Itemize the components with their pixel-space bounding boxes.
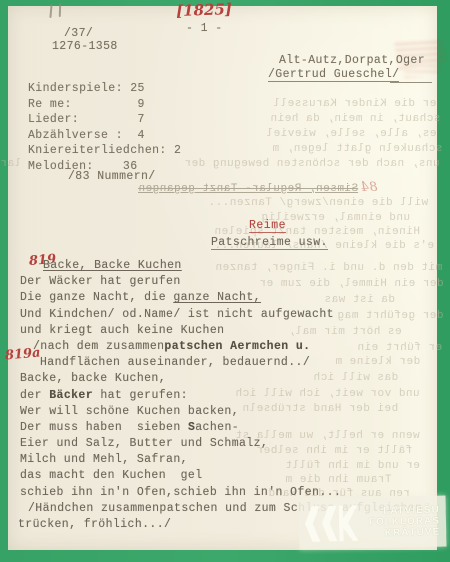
index-row: Abzählverse : 4: [28, 128, 181, 144]
collector-underline-extension: [390, 82, 432, 83]
index-row: Re me: 9: [28, 97, 181, 113]
contents-index: Kinderspiele: 25Re me: 9Lieder: 7Abzählv…: [28, 81, 181, 175]
poem-segment: trücken, fröhlich.../: [18, 518, 171, 531]
archive-name: LATVIEŠU FOLKLORAS KRĀTUVE: [364, 505, 441, 540]
poem-segment: hat gerufen:: [93, 389, 188, 402]
bleedthrough-line: Simsen, Regular- Tanzt gegangen: [138, 183, 358, 195]
chevron-icon: [322, 505, 338, 541]
poem-segment: /nach dem zusammen: [33, 340, 164, 353]
chevron-icon: [305, 506, 321, 542]
bleedthrough-line: er die Kinder Karussell: [273, 98, 436, 110]
index-row: Lieder: 7: [28, 112, 181, 128]
index-total: /83 Nummern/: [68, 170, 156, 183]
poem-segment: Die ganze Nacht, die: [20, 291, 173, 304]
poem-line: das macht den Kuchen gel: [0, 468, 440, 484]
archive-watermark: LATVIEŠU FOLKLORAS KRĀTUVE: [298, 495, 446, 549]
poem-segment: und kriegt auch keine Kuchen: [20, 324, 224, 337]
poem-segment: patschen: [164, 340, 222, 353]
document-scan: er die Kinder Karussellschaut, in mein, …: [0, 0, 450, 562]
catalog-number-red: [1825]: [176, 0, 233, 20]
poem-segment: Der Wäcker hat gerufen: [20, 275, 181, 288]
bleedthrough-line: es, alle, selle, wieviel: [266, 128, 436, 140]
poem-line: Milch und Mehl, Safran,: [0, 452, 440, 468]
poem-segment: Wer will schöne Kuchen backen,: [20, 405, 239, 418]
lfk-logo-icon: [305, 505, 359, 542]
page-number: - 1 -: [186, 22, 223, 35]
section-title: Reime: [249, 219, 286, 233]
poem-line: Und Kindchen/ od.Name/ ist nicht aufgewa…: [0, 307, 440, 323]
poem-segment: schieb ihn in'n Ofen,schieb ihn in'n Ofe…: [20, 486, 341, 499]
poem-segment: Der muss haben sieben: [20, 421, 188, 434]
poem-text: Backe, Backe KuchenDer Wäcker hat gerufe…: [0, 258, 440, 533]
poem-segment: Eier und Salz, Butter und Schmalz,: [20, 437, 268, 450]
bleedthrough-line: uns, nach der schönsten bewegung der: [184, 158, 440, 170]
poem-segment: Aermchen u.: [230, 340, 310, 353]
poem-segment: das macht den Kuchen gel: [20, 469, 203, 482]
poem-line: Handflächen auseinander, bedauernd../: [0, 355, 440, 371]
range-number: 1276-1358: [52, 40, 118, 53]
poem-segment: achen-: [195, 421, 239, 434]
poem-line: Wer will schöne Kuchen backen,: [0, 404, 440, 420]
bleedthrough-line: schaukeln glatt legen, m: [272, 143, 442, 155]
index-row: Kniereiterliedchen: 2: [28, 143, 181, 159]
index-row: Kinderspiele: 25: [28, 81, 181, 97]
section-subtitle: Patschreime usw.: [211, 236, 328, 250]
poem-line: /nach dem zusammenpatschen Aermchen u.: [0, 339, 440, 355]
bleedthrough-line: will die einen/zwerg/ Tanzen...: [208, 197, 428, 209]
bleedthrough-red-mark: 84: [360, 180, 378, 195]
poem-segment: ganze Nacht,: [173, 291, 261, 304]
places-line: Alt-Autz,Dorpat,Oger: [279, 54, 425, 67]
bleedthrough-line: schaut, in mein, da hein: [270, 113, 440, 125]
k-letter-icon: [339, 505, 359, 541]
poem-line: Backe, Backe Kuchen: [0, 258, 440, 274]
poem-segment: Und Kindchen/ od.Name/ ist nicht aufgewa…: [20, 308, 334, 321]
poem-line: Eier und Salz, Butter und Schmalz,: [0, 436, 440, 452]
poem-segment: Handflächen auseinander, bedauernd../: [40, 356, 310, 369]
poem-segment: der: [20, 389, 49, 402]
archive-name-line: KRĀTUVE: [364, 527, 440, 540]
bleedthrough-line: lar: [0, 158, 21, 170]
poem-line: der Bäcker hat gerufen:: [0, 388, 440, 404]
collector-line: /Gertrud Gueschel/: [268, 68, 399, 82]
poem-line: und kriegt auch keine Kuchen: [0, 323, 440, 339]
poem-segment: Backe, backe Kuchen,: [20, 372, 166, 385]
poem-line: Der muss haben sieben Sachen-: [0, 420, 440, 436]
poem-segment: Bäcker: [49, 389, 93, 402]
poem-segment: Milch und Mehl, Safran,: [20, 453, 188, 466]
file-number: /37/: [64, 27, 93, 40]
poem-segment: Backe, Backe Kuchen: [43, 259, 182, 272]
poem-line: Der Wäcker hat gerufen: [0, 274, 440, 290]
poem-line: Die ganze Nacht, die ganze Nacht,: [0, 290, 440, 306]
poem-line: Backe, backe Kuchen,: [0, 371, 440, 387]
